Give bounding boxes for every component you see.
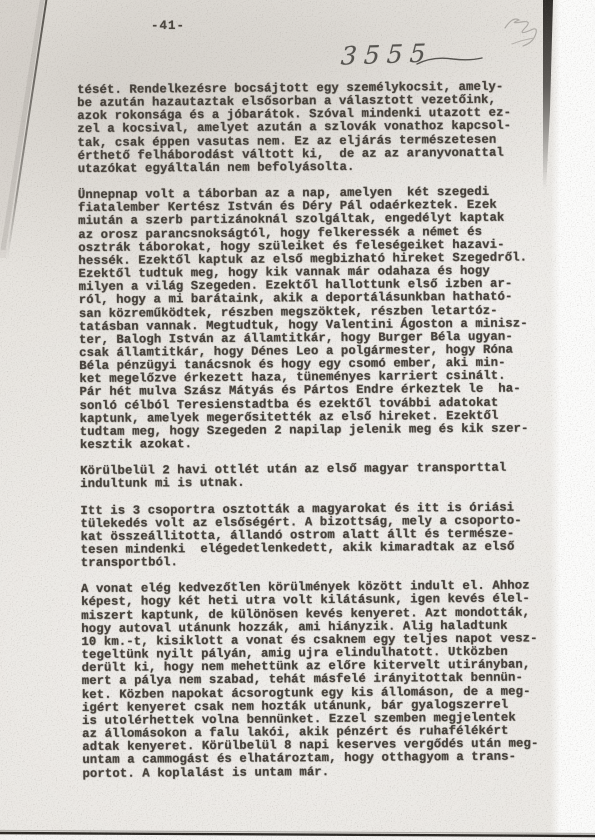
handwriting-flourish [415, 52, 485, 70]
paragraph: Körülbelül 2 havi ottlét után az első ma… [80, 461, 558, 491]
scanner-bed-bottom [0, 835, 595, 840]
page-number: -41- [151, 19, 185, 33]
paragraph: A vonat elég kedvezőtlen körülmények köz… [81, 580, 561, 781]
scanned-page-root: { "page": { "number_label": "-41-", "han… [0, 0, 595, 840]
paragraph: Itt is 3 csoportra osztották a magyaroka… [80, 501, 559, 571]
typewritten-text-block: tését. Rendelkezésre bocsájtott egy szem… [77, 80, 561, 793]
paragraph: tését. Rendelkezésre bocsájtott egy szem… [77, 80, 556, 176]
paragraph: Ünnepnap volt a táborban az a nap, amely… [78, 185, 558, 452]
